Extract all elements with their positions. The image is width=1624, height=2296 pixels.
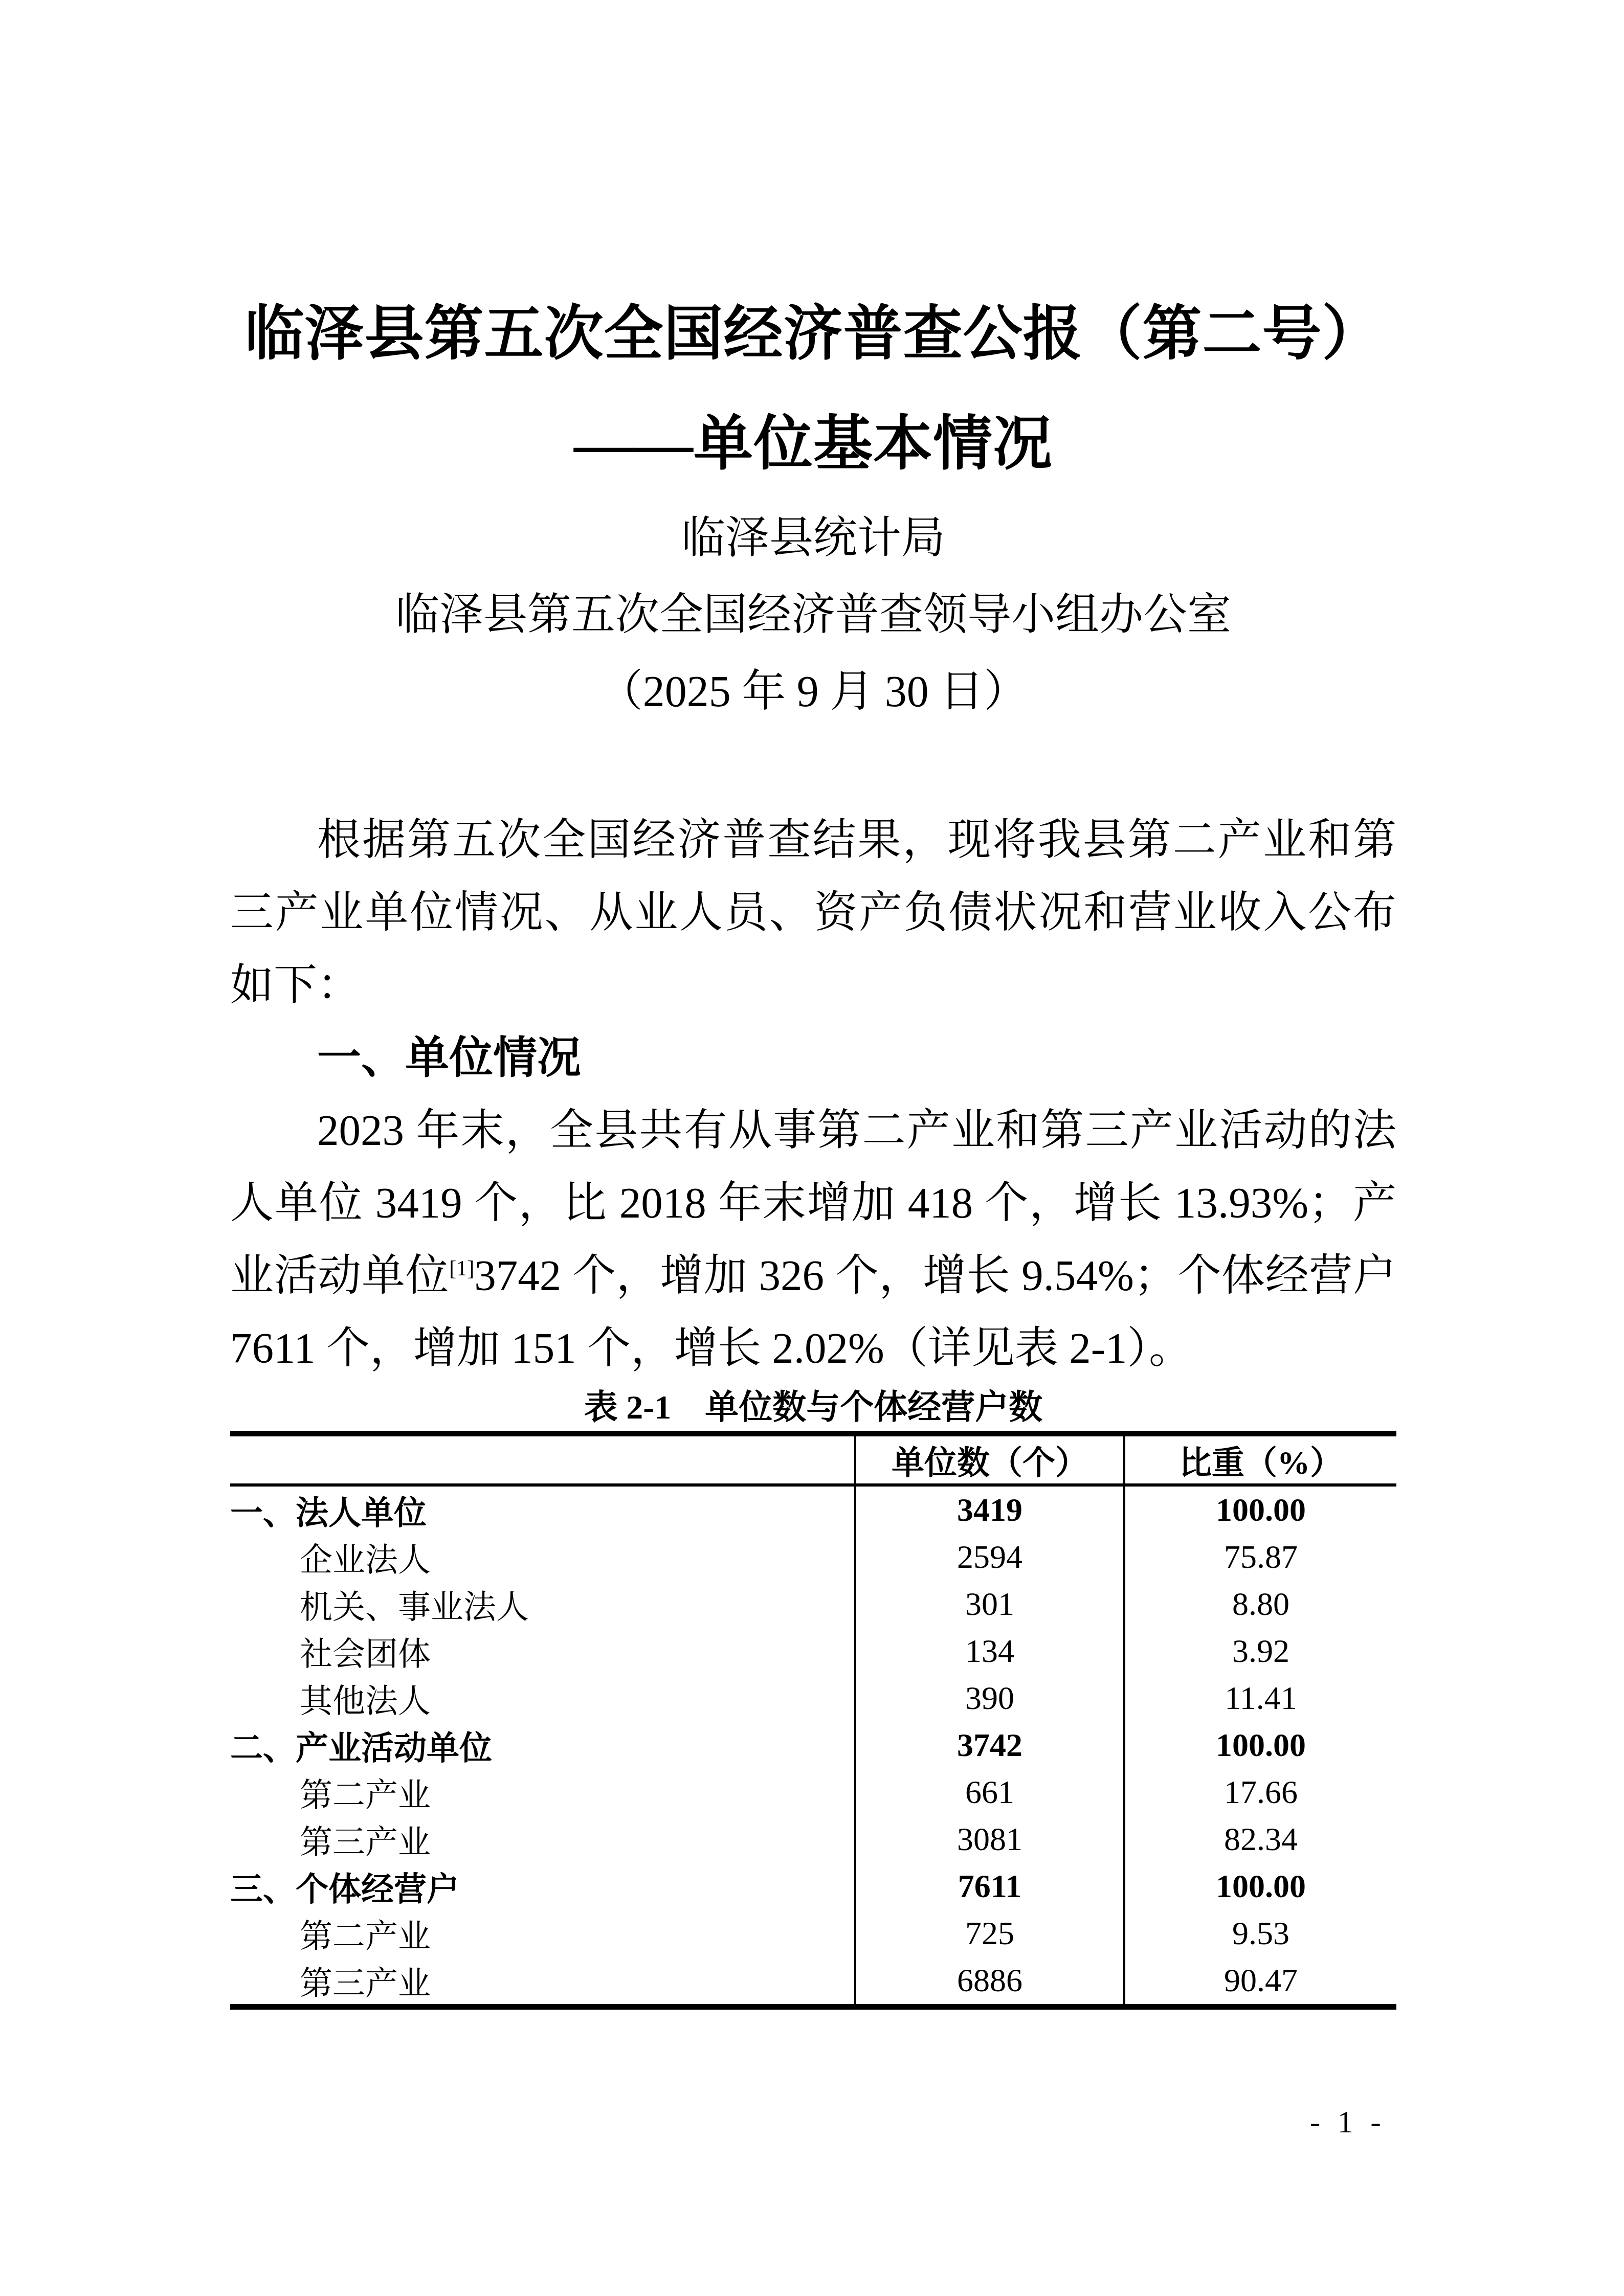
table-row-label: 第二产业 — [230, 1769, 855, 1816]
table-row-share: 82.34 — [1124, 1816, 1396, 1863]
table-row-count: 3742 — [855, 1722, 1124, 1769]
table-row-label: 其他法人 — [230, 1675, 855, 1722]
paragraph-intro: 根据第五次全国经济普查结果，现将我县第二产业和第三产业单位情况、从业人员、资产负… — [230, 804, 1396, 1022]
section-heading-units: 一、单位情况 — [230, 1022, 1396, 1094]
table-header-row: 单位数（个） 比重（%） — [230, 1434, 1396, 1485]
table-row-share: 75.87 — [1124, 1534, 1396, 1581]
doc-title: 临泽县第五次全国经济普查公报（第二号） ——单位基本情况 — [230, 280, 1396, 500]
col-header-share: 比重（%） — [1124, 1434, 1396, 1485]
table-row-share: 100.00 — [1124, 1485, 1396, 1534]
table-row-label: 二、产业活动单位 — [230, 1722, 855, 1769]
author-line-bureau: 临泽县统计局 — [230, 500, 1396, 576]
table-row: 第二产业7259.53 — [230, 1910, 1396, 1957]
author-block: 临泽县统计局 临泽县第五次全国经济普查领导小组办公室 （2025 年 9 月 3… — [230, 500, 1396, 730]
footnote-ref-1: [1] — [449, 1257, 474, 1280]
table-row-count: 6886 — [855, 1957, 1124, 2007]
col-header-empty — [230, 1434, 855, 1485]
table-row-share: 17.66 — [1124, 1769, 1396, 1816]
table-row-count: 2594 — [855, 1534, 1124, 1581]
table-row-label: 三、个体经营户 — [230, 1863, 855, 1910]
table-row-share: 11.41 — [1124, 1675, 1396, 1722]
units-table: 单位数（个） 比重（%） 一、法人单位3419100.00企业法人259475.… — [230, 1431, 1396, 2010]
table-row-share: 9.53 — [1124, 1910, 1396, 1957]
doc-title-line1: 临泽县第五次全国经济普查公报（第二号） — [230, 280, 1396, 390]
table-title: 表 2-1 单位数与个体经营户数 — [230, 1385, 1396, 1431]
paragraph-units: 2023 年末，全县共有从事第二产业和第三产业活动的法人单位 3419 个，比 … — [230, 1094, 1396, 1385]
table-row: 二、产业活动单位3742100.00 — [230, 1722, 1396, 1769]
table-row: 第二产业66117.66 — [230, 1769, 1396, 1816]
table-row-count: 725 — [855, 1910, 1124, 1957]
table-row: 社会团体1343.92 — [230, 1628, 1396, 1675]
table-row-label: 一、法人单位 — [230, 1485, 855, 1534]
table-row: 机关、事业法人3018.80 — [230, 1581, 1396, 1628]
table-row-label: 第二产业 — [230, 1910, 855, 1957]
units-table-body: 一、法人单位3419100.00企业法人259475.87机关、事业法人3018… — [230, 1485, 1396, 2007]
table-row-label: 第三产业 — [230, 1957, 855, 2007]
table-row-share: 90.47 — [1124, 1957, 1396, 2007]
table-row: 一、法人单位3419100.00 — [230, 1485, 1396, 1534]
table-row-count: 661 — [855, 1769, 1124, 1816]
page-number: - 1 - — [1310, 2104, 1381, 2140]
table-row-share: 100.00 — [1124, 1722, 1396, 1769]
col-header-count: 单位数（个） — [855, 1434, 1124, 1485]
table-row: 企业法人259475.87 — [230, 1534, 1396, 1581]
table-row-count: 390 — [855, 1675, 1124, 1722]
table-row: 其他法人39011.41 — [230, 1675, 1396, 1722]
author-line-office: 临泽县第五次全国经济普查领导小组办公室 — [230, 576, 1396, 653]
table-row-count: 3419 — [855, 1485, 1124, 1534]
table-row: 三、个体经营户7611100.00 — [230, 1863, 1396, 1910]
document-page: 临泽县第五次全国经济普查公报（第二号） ——单位基本情况 临泽县统计局 临泽县第… — [0, 0, 1624, 2296]
date-line: （2025 年 9 月 30 日） — [230, 653, 1396, 730]
table-row: 第三产业308182.34 — [230, 1816, 1396, 1863]
table-row-label: 第三产业 — [230, 1816, 855, 1863]
table-row-count: 134 — [855, 1628, 1124, 1675]
table-row-share: 8.80 — [1124, 1581, 1396, 1628]
table-row-count: 301 — [855, 1581, 1124, 1628]
table-row: 第三产业688690.47 — [230, 1957, 1396, 2007]
table-row-share: 100.00 — [1124, 1863, 1396, 1910]
table-row-label: 企业法人 — [230, 1534, 855, 1581]
table-row-share: 3.92 — [1124, 1628, 1396, 1675]
table-row-label: 社会团体 — [230, 1628, 855, 1675]
table-row-label: 机关、事业法人 — [230, 1581, 855, 1628]
doc-title-line2: ——单位基本情况 — [230, 390, 1396, 500]
table-row-count: 3081 — [855, 1816, 1124, 1863]
table-row-count: 7611 — [855, 1863, 1124, 1910]
